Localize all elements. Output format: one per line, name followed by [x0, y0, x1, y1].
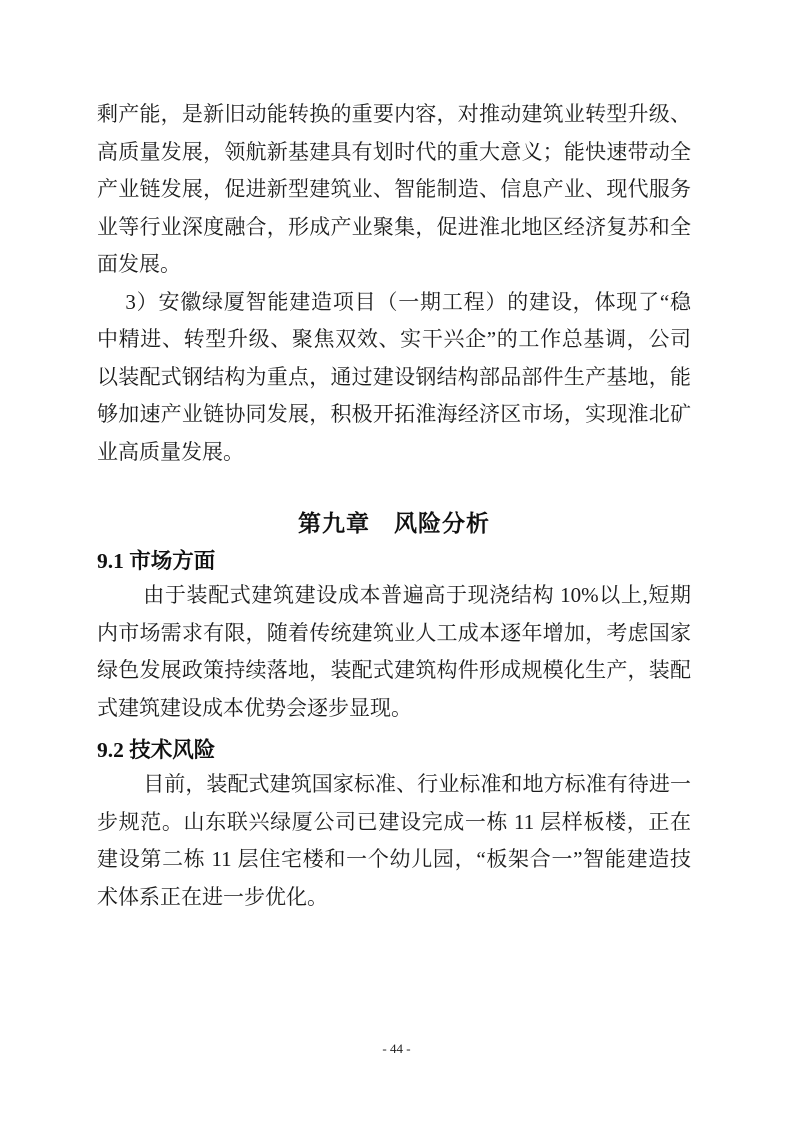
paragraph-continuation: 剩产能，是新旧动能转换的重要内容，对推动建筑业转型升级、高质量发展，领航新基建具… — [97, 96, 691, 284]
section-body-9-1: 由于装配式建筑建设成本普遍高于现浇结构 10%以上,短期内市场需求有限，随着传统… — [97, 577, 691, 727]
page-number: - 44 - — [382, 1041, 410, 1056]
document-content: 剩产能，是新旧动能转换的重要内容，对推动建筑业转型升级、高质量发展，领航新基建具… — [97, 96, 691, 916]
section-body-9-2: 目前，装配式建筑国家标准、行业标准和地方标准有待进一步规范。山东联兴绿厦公司已建… — [97, 766, 691, 916]
chapter-title: 第九章 风险分析 — [97, 508, 691, 538]
section-title-9-1: 9.1 市场方面 — [97, 547, 691, 575]
document-page: 剩产能，是新旧动能转换的重要内容，对推动建筑业转型升级、高质量发展，领航新基建具… — [0, 0, 793, 1122]
page-footer: - 44 - — [0, 1041, 793, 1056]
section-title-9-2: 9.2 技术风险 — [97, 736, 691, 764]
paragraph-list-item-3: 3）安徽绿厦智能建造项目（一期工程）的建设，体现了“稳中精进、转型升级、聚焦双效… — [97, 284, 691, 472]
